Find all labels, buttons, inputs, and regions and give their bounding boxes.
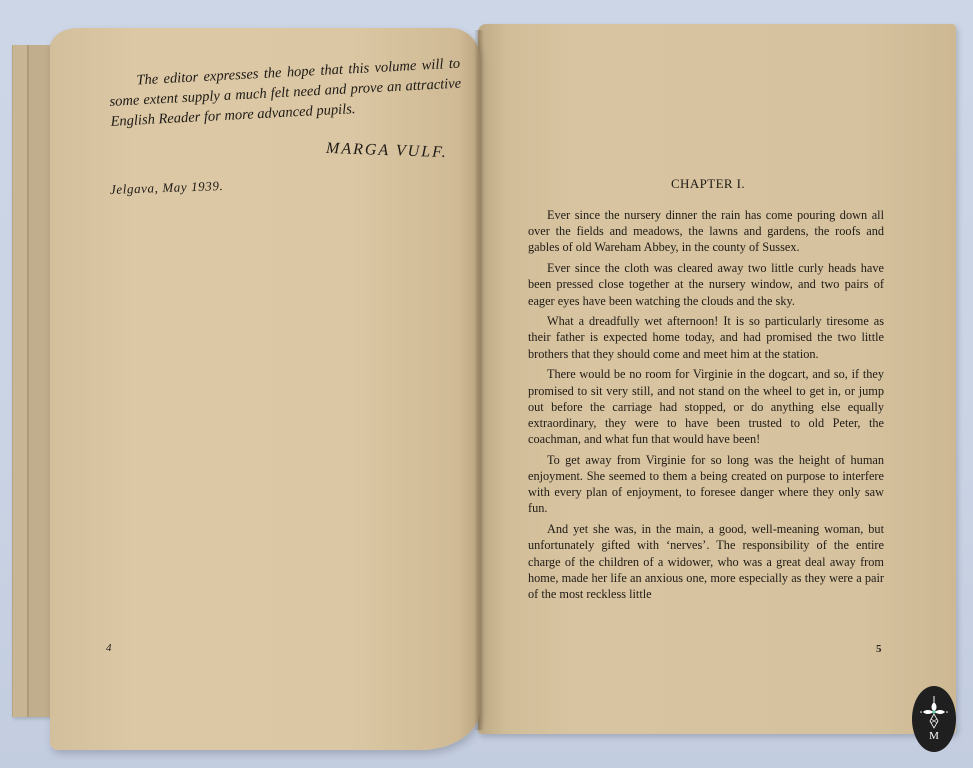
- paragraph: What a dreadfully wet afternoon! It is s…: [528, 313, 884, 362]
- chapter-title: CHAPTER I.: [528, 176, 888, 192]
- paragraph: Ever since the nursery dinner the rain h…: [528, 207, 884, 256]
- floral-monogram-icon: M: [912, 686, 956, 752]
- paragraph: Ever since the cloth was cleared away tw…: [528, 260, 884, 309]
- page-number-left: 4: [106, 642, 112, 654]
- page-edge-line: [27, 45, 29, 717]
- svg-text:M: M: [929, 730, 939, 742]
- watermark-logo: M: [912, 686, 956, 752]
- book-gutter: [474, 30, 484, 730]
- paragraph: To get away from Virginie for so long wa…: [528, 452, 884, 517]
- chapter-body: Ever since the nursery dinner the rain h…: [528, 207, 884, 607]
- paragraph: And yet she was, in the main, a good, we…: [528, 521, 884, 602]
- paragraph: There would be no room for Virginie in t…: [528, 366, 884, 447]
- page-number-right: 5: [876, 643, 882, 655]
- left-page: [50, 28, 480, 750]
